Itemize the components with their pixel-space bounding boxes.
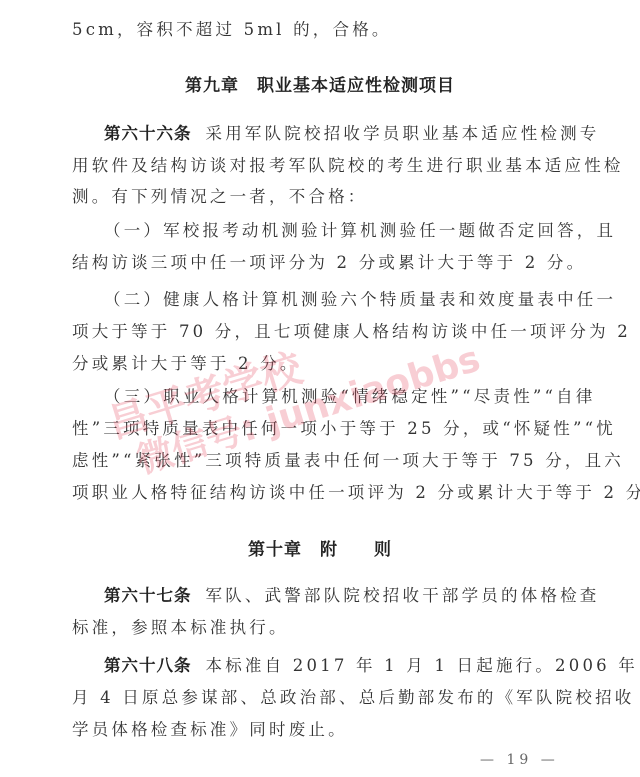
text-line: 项职业人格特征结构访谈中任一项评为 2 分或累计大于等于 2 分。 [72, 483, 582, 503]
article-label: 第六十六条 [104, 124, 192, 143]
document-page: 5cm，容积不超过 5ml 的，合格。 第九章职业基本适应性检测项目 第六十六条… [0, 0, 640, 777]
article-text: 采用军队院校招收学员职业基本适应性检测专 [206, 124, 600, 143]
text-line: 结构访谈三项中任一项评分为 2 分或累计大于等于 2 分。 [72, 253, 582, 273]
text-line: （一）军校报考动机测验计算机测验任一题做否定回答，且 [104, 221, 614, 241]
article-label: 第六十八条 [104, 656, 192, 675]
text-line: 虑性”“紧张性”三项特质量表中任何一项大于等于 75 分，且六 [72, 451, 582, 471]
chapter-heading-10: 第十章附 则 [0, 535, 640, 560]
article-68: 第六十八条本标准自 2017 年 1 月 1 日起施行。2006 年 4 [104, 656, 614, 676]
text-line: 性”三项特质量表中任何一项小于等于 25 分，或“怀疑性”“忧 [72, 419, 582, 439]
text-line: 月 4 日原总参谋部、总政治部、总后勤部发布的《军队院校招收 [72, 688, 582, 708]
text-line: 标准，参照本标准执行。 [72, 618, 582, 638]
chapter-label: 第九章 [185, 76, 239, 96]
text-line: 学员体格检查标准》同时废止。 [72, 720, 582, 740]
text-line: 测。有下列情况之一者，不合格： [72, 187, 582, 207]
chapter-title: 职业基本适应性检测项目 [257, 76, 455, 96]
chapter-label: 第十章 [248, 540, 302, 560]
article-label: 第六十七条 [104, 586, 192, 605]
article-67: 第六十七条军队、武警部队院校招收干部学员的体格检查 [104, 586, 614, 606]
text-line: 5cm，容积不超过 5ml 的，合格。 [72, 20, 582, 40]
page-number: — 19 — [480, 752, 559, 768]
text-line: （二）健康人格计算机测验六个特质量表和效度量表中任一 [104, 290, 614, 310]
article-text: 军队、武警部队院校招收干部学员的体格检查 [206, 586, 600, 605]
text-line: 用软件及结构访谈对报考军队院校的考生进行职业基本适应性检 [72, 156, 582, 176]
article-text: 本标准自 2017 年 1 月 1 日起施行。2006 年 4 [206, 656, 640, 675]
article-66: 第六十六条采用军队院校招收学员职业基本适应性检测专 [104, 124, 614, 144]
text-line: （三）职业人格计算机测验“情绪稳定性”“尽责性”“自律 [104, 387, 614, 407]
chapter-heading-9: 第九章职业基本适应性检测项目 [0, 71, 640, 96]
text-line: 分或累计大于等于 2 分。 [72, 354, 582, 374]
text-line: 项大于等于 70 分，且七项健康人格结构访谈中任一项评分为 2 [72, 322, 582, 342]
chapter-title: 附 则 [320, 540, 392, 560]
